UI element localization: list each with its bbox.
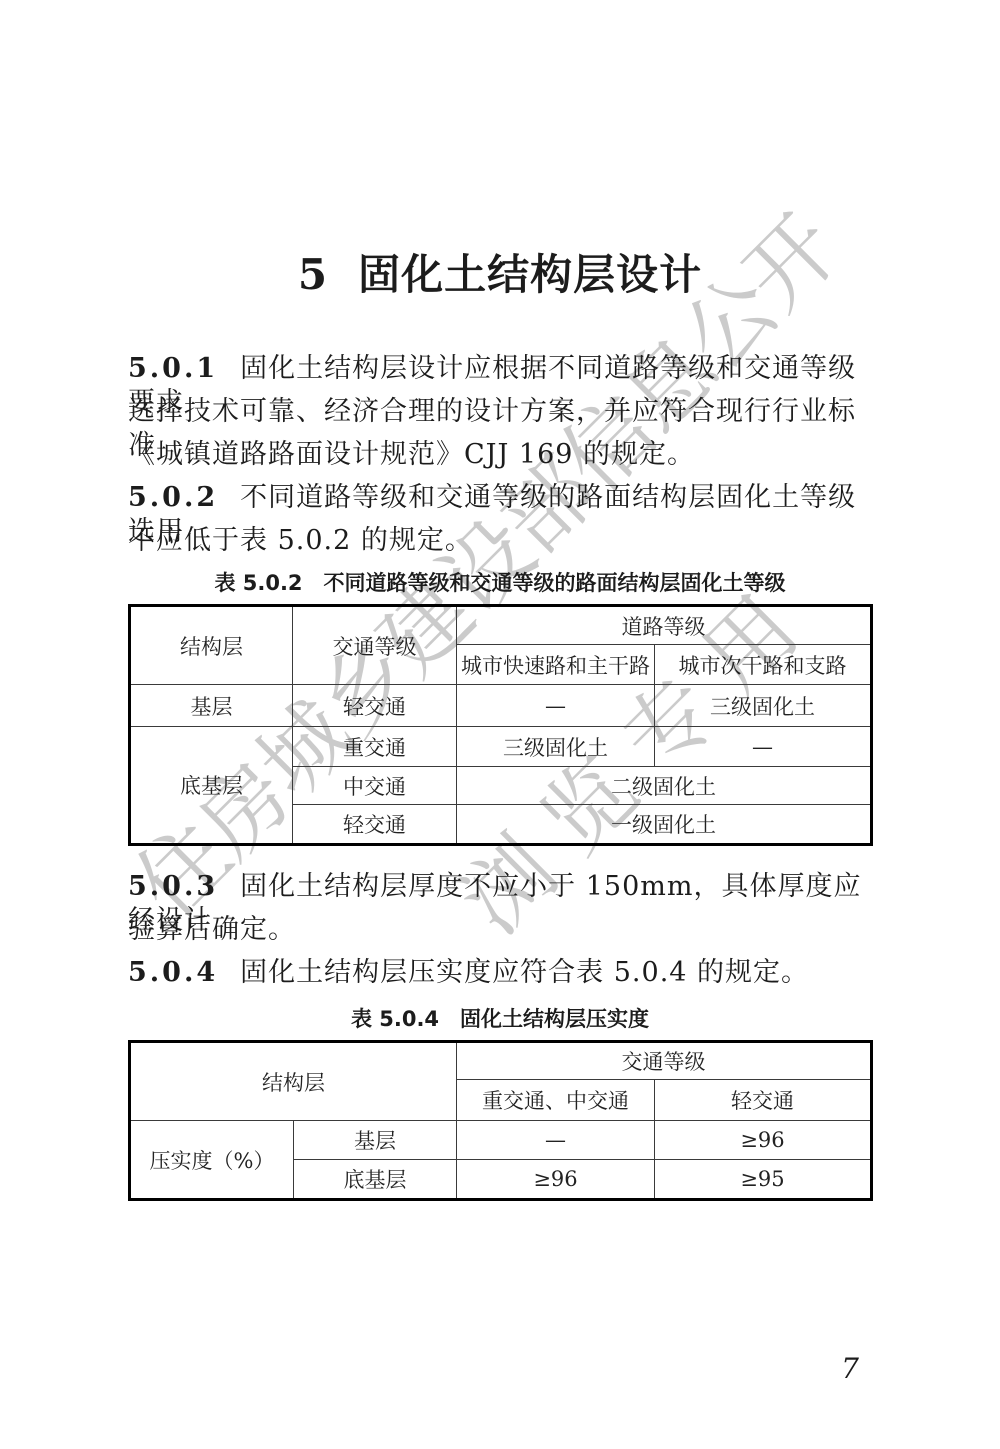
t504-base-heavy-medium: — bbox=[457, 1121, 655, 1160]
t502-light-value: 一级固化土 bbox=[457, 805, 872, 845]
table-504: 结构层 交通等级 重交通、中交通 轻交通 压实度（%） 基层 — ≥96 底基层… bbox=[128, 1040, 873, 1201]
t502-heavy-secondary: — bbox=[655, 727, 872, 767]
para-504-text1: 固化土结构层压实度应符合表 5.0.4 的规定。 bbox=[240, 957, 809, 988]
table-row: 基层 轻交通 — 三级固化土 bbox=[130, 685, 872, 727]
t502-subbase-layer: 底基层 bbox=[130, 727, 293, 845]
t502-header-express: 城市快速路和主干路 bbox=[457, 645, 655, 685]
t504-subbase-heavy-medium: ≥96 bbox=[457, 1160, 655, 1200]
table-502: 结构层 交通等级 道路等级 城市快速路和主干路 城市次干路和支路 基层 轻交通 … bbox=[128, 604, 873, 846]
clause-number-501: 5.0.1 bbox=[128, 353, 218, 384]
table-504-caption: 表 5.0.4 固化土结构层压实度 bbox=[128, 1003, 872, 1033]
page-number: 7 bbox=[820, 1352, 880, 1385]
t504-subbase-layer: 底基层 bbox=[294, 1160, 457, 1200]
t502-heavy-express: 三级固化土 bbox=[457, 727, 655, 767]
t504-header-structure: 结构层 bbox=[130, 1042, 457, 1121]
t502-header-structure: 结构层 bbox=[130, 606, 293, 685]
t504-header-light: 轻交通 bbox=[655, 1080, 872, 1121]
chapter-number: 5 bbox=[298, 250, 328, 299]
t504-base-layer: 基层 bbox=[294, 1121, 457, 1160]
page-content: 5固化土结构层设计 5.0.1固化土结构层设计应根据不同道路等级和交通等级要求 … bbox=[0, 0, 1000, 1449]
t502-header-secondary: 城市次干路和支路 bbox=[655, 645, 872, 685]
t504-subbase-light: ≥95 bbox=[655, 1160, 872, 1200]
para-502-line2: 不应低于表 5.0.2 的规定。 bbox=[128, 524, 876, 558]
t502-light-traffic: 轻交通 bbox=[293, 805, 457, 845]
t504-header-traffic: 交通等级 bbox=[457, 1042, 872, 1080]
t502-header-road: 道路等级 bbox=[457, 606, 872, 645]
para-501-line3: 《城镇道路路面设计规范》CJJ 169 的规定。 bbox=[128, 438, 876, 472]
t502-medium-value: 二级固化土 bbox=[457, 767, 872, 805]
t502-medium-traffic: 中交通 bbox=[293, 767, 457, 805]
t502-header-traffic: 交通等级 bbox=[293, 606, 457, 685]
table-row: 压实度（%） 基层 — ≥96 bbox=[130, 1121, 872, 1160]
clause-number-503: 5.0.3 bbox=[128, 871, 218, 902]
para-504-line1: 5.0.4固化土结构层压实度应符合表 5.0.4 的规定。 bbox=[128, 956, 876, 990]
clause-number-504: 5.0.4 bbox=[128, 957, 218, 988]
chapter-title: 5固化土结构层设计 bbox=[128, 242, 872, 302]
table-502-caption: 表 5.0.2 不同道路等级和交通等级的路面结构层固化土等级 bbox=[128, 567, 872, 597]
t502-base-traffic: 轻交通 bbox=[293, 685, 457, 727]
t502-base-express: — bbox=[457, 685, 655, 727]
clause-number-502: 5.0.2 bbox=[128, 482, 218, 513]
chapter-title-text: 固化土结构层设计 bbox=[358, 250, 702, 299]
t504-header-heavy-medium: 重交通、中交通 bbox=[457, 1080, 655, 1121]
t504-base-light: ≥96 bbox=[655, 1121, 872, 1160]
t504-metric-label: 压实度（%） bbox=[130, 1121, 294, 1200]
table-row: 底基层 重交通 三级固化土 — bbox=[130, 727, 872, 767]
t502-base-secondary: 三级固化土 bbox=[655, 685, 872, 727]
t502-heavy-traffic: 重交通 bbox=[293, 727, 457, 767]
t502-base-layer: 基层 bbox=[130, 685, 293, 727]
document-page: 住房城乡建设部信息公开 浏览专用 5固化土结构层设计 5.0.1固化土结构层设计… bbox=[0, 0, 1000, 1449]
para-503-line2: 验算后确定。 bbox=[128, 913, 876, 947]
